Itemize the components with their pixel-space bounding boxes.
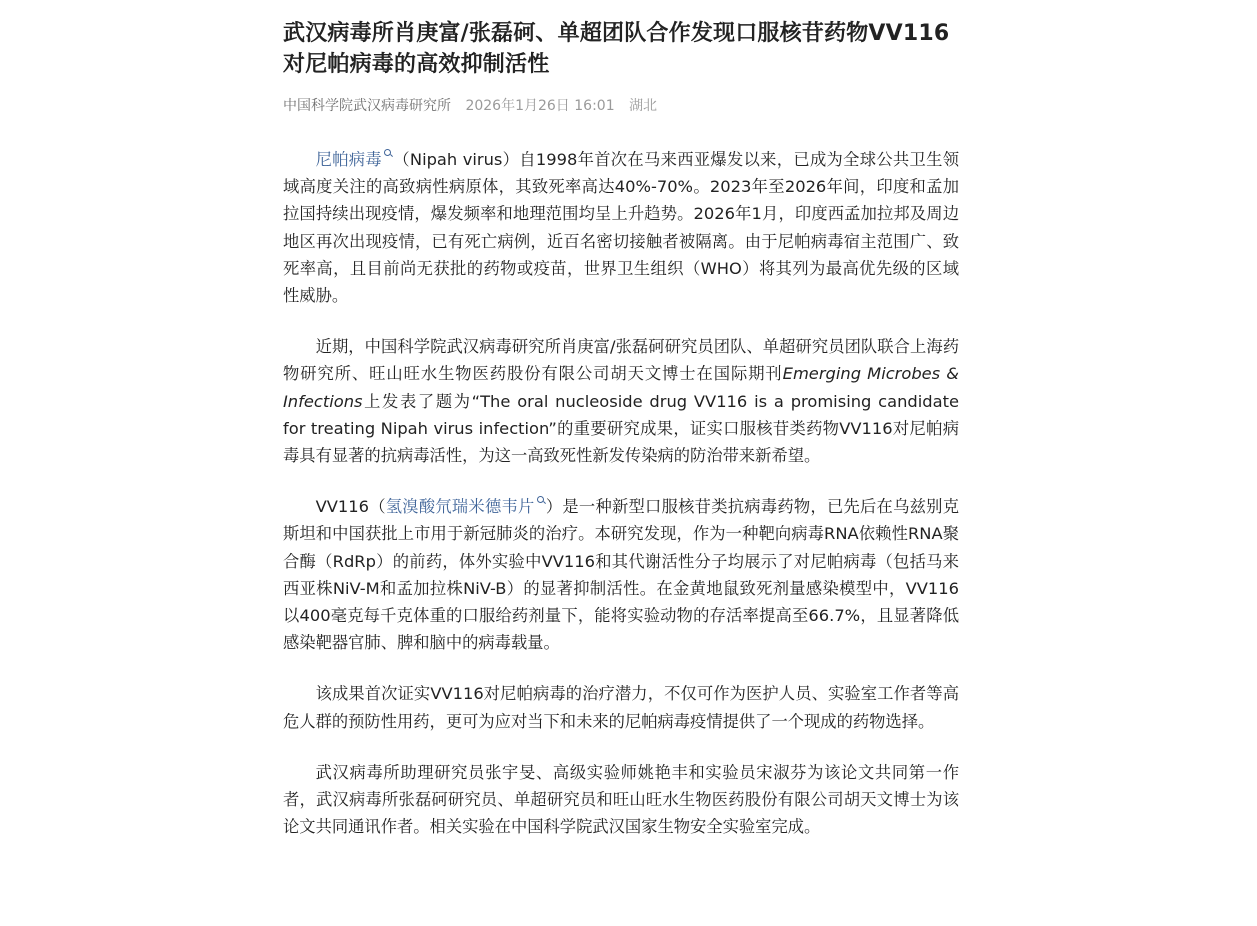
article-body: 尼帕病毒（Nipah virus）自1998年首次在马来西亚爆发以来，已成为全球… — [283, 146, 959, 840]
meta-datetime: 2026年1月26日 16:01 — [465, 98, 614, 114]
paragraph-intro: 尼帕病毒（Nipah virus）自1998年首次在马来西亚爆发以来，已成为全球… — [283, 146, 959, 309]
meta-source[interactable]: 中国科学院武汉病毒研究所 — [283, 98, 451, 114]
paragraph-text: 上发表了题为“The oral nucleoside drug VV116 is… — [283, 392, 959, 465]
article-meta: 中国科学院武汉病毒研究所 2026年1月26日 16:01 湖北 — [283, 96, 959, 116]
keyword-link-nipah-virus[interactable]: 尼帕病毒 — [316, 150, 382, 169]
paragraph-text: ）是一种新型口服核苷类抗病毒药物，已先后在乌兹别克斯坦和中国获批上市用于新冠肺炎… — [283, 497, 959, 652]
search-icon[interactable] — [537, 496, 544, 503]
paragraph-drug: VV116（氢溴酸氘瑞米德韦片）是一种新型口服核苷类抗病毒药物，已先后在乌兹别克… — [283, 493, 959, 656]
paragraph-text: （Nipah virus）自1998年首次在马来西亚爆发以来，已成为全球公共卫生… — [283, 150, 959, 305]
paragraph-authors: 武汉病毒所助理研究员张宇旻、高级实验师姚艳丰和实验员宋淑芬为该论文共同第一作者，… — [283, 759, 959, 841]
paragraph-text: VV116（ — [316, 497, 386, 516]
paragraph-publication: 近期，中国科学院武汉病毒研究所肖庚富/张磊砢研究员团队、单超研究员团队联合上海药… — [283, 333, 959, 469]
meta-location: 湖北 — [629, 98, 657, 114]
paragraph-significance: 该成果首次证实VV116对尼帕病毒的治疗潜力，不仅可作为医护人员、实验室工作者等… — [283, 680, 959, 734]
article-title: 武汉病毒所肖庚富/张磊砢、单超团队合作发现口服核苷药物VV116对尼帕病毒的高效… — [283, 18, 959, 80]
search-icon[interactable] — [384, 149, 391, 156]
article: 武汉病毒所肖庚富/张磊砢、单超团队合作发现口服核苷药物VV116对尼帕病毒的高效… — [283, 18, 959, 864]
keyword-link-drug[interactable]: 氢溴酸氘瑞米德韦片 — [386, 497, 535, 516]
